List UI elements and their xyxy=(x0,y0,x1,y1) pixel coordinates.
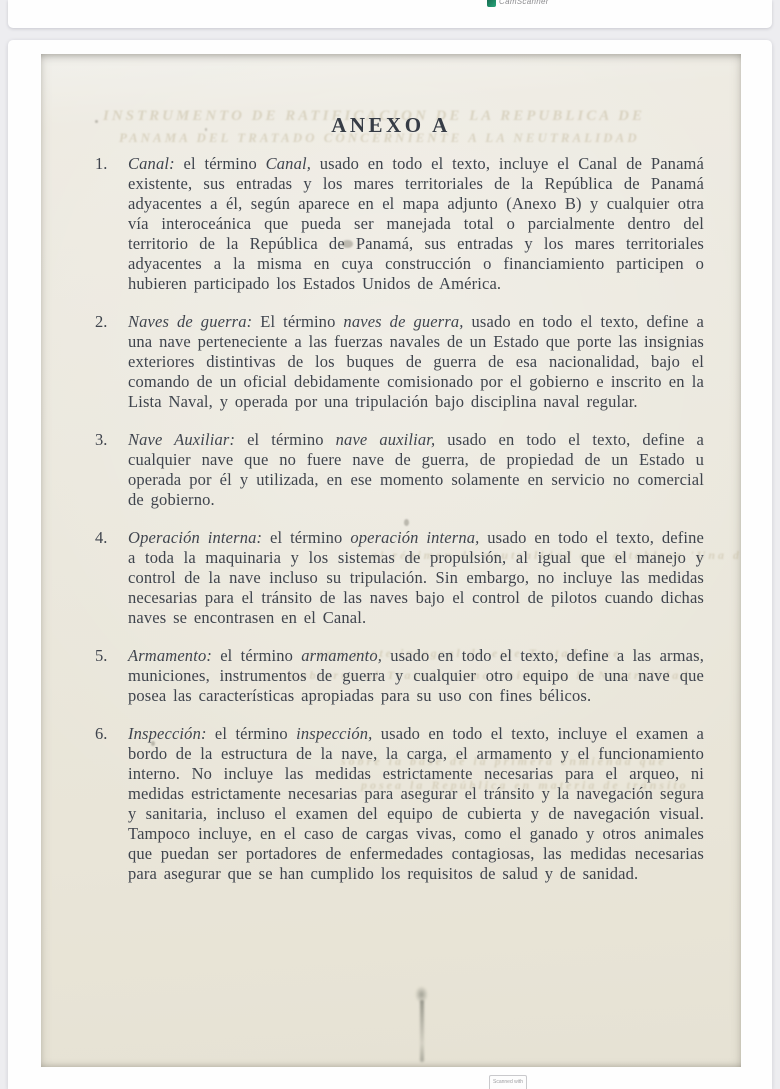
item-number: 4. xyxy=(95,528,128,628)
camscanner-logo-icon xyxy=(487,0,496,7)
item-number: 5. xyxy=(95,646,128,706)
scanned-page: INSTRUMENTO DE RATIFICACION DE LA REPUBL… xyxy=(41,54,741,1067)
item-text: Naves de guerra: El término naves de gue… xyxy=(128,312,704,412)
ink-speck xyxy=(95,120,98,123)
definition-item: 4.Operación interna: el término operació… xyxy=(95,528,704,628)
item-number: 6. xyxy=(95,724,128,884)
item-number: 3. xyxy=(95,430,128,510)
item-text: Operación interna: el término operación … xyxy=(128,528,704,628)
item-number: 2. xyxy=(95,312,128,412)
previous-page-card: CamScanner xyxy=(8,0,772,28)
definition-item: 5.Armamento: el término armamento, usado… xyxy=(95,646,704,706)
definition-item: 3.Nave Auxiliar: el término nave auxilia… xyxy=(95,430,704,510)
definition-item: 2.Naves de guerra: El término naves de g… xyxy=(95,312,704,412)
ink-speck xyxy=(404,519,409,526)
scanned-with-watermark: Scanned with xyxy=(489,1075,527,1089)
definition-item: 6.Inspección: el término inspección, usa… xyxy=(95,724,704,884)
item-text: Canal: el término Canal, usado en todo e… xyxy=(128,154,704,294)
item-text: Inspección: el término inspección, usado… xyxy=(128,724,704,884)
scanned-with-watermark-text: Scanned with xyxy=(493,1079,523,1085)
item-text: Nave Auxiliar: el término nave auxiliar,… xyxy=(128,430,704,510)
ink-speck xyxy=(342,240,353,248)
item-text: Armamento: el término armamento, usado e… xyxy=(128,646,704,706)
ink-stain-drip xyxy=(420,1000,424,1062)
definition-item: 1.Canal: el término Canal, usado en todo… xyxy=(95,154,704,294)
document-page-card: INSTRUMENTO DE RATIFICACION DE LA REPUBL… xyxy=(8,40,772,1089)
ink-speck xyxy=(205,128,207,131)
item-number: 1. xyxy=(95,154,128,294)
definitions-list: 1.Canal: el término Canal, usado en todo… xyxy=(41,154,741,884)
camscanner-watermark: CamScanner xyxy=(487,0,549,7)
camscanner-watermark-text: CamScanner xyxy=(499,0,549,6)
page-title: ANEXO A xyxy=(41,54,741,138)
ink-speck xyxy=(151,741,155,746)
